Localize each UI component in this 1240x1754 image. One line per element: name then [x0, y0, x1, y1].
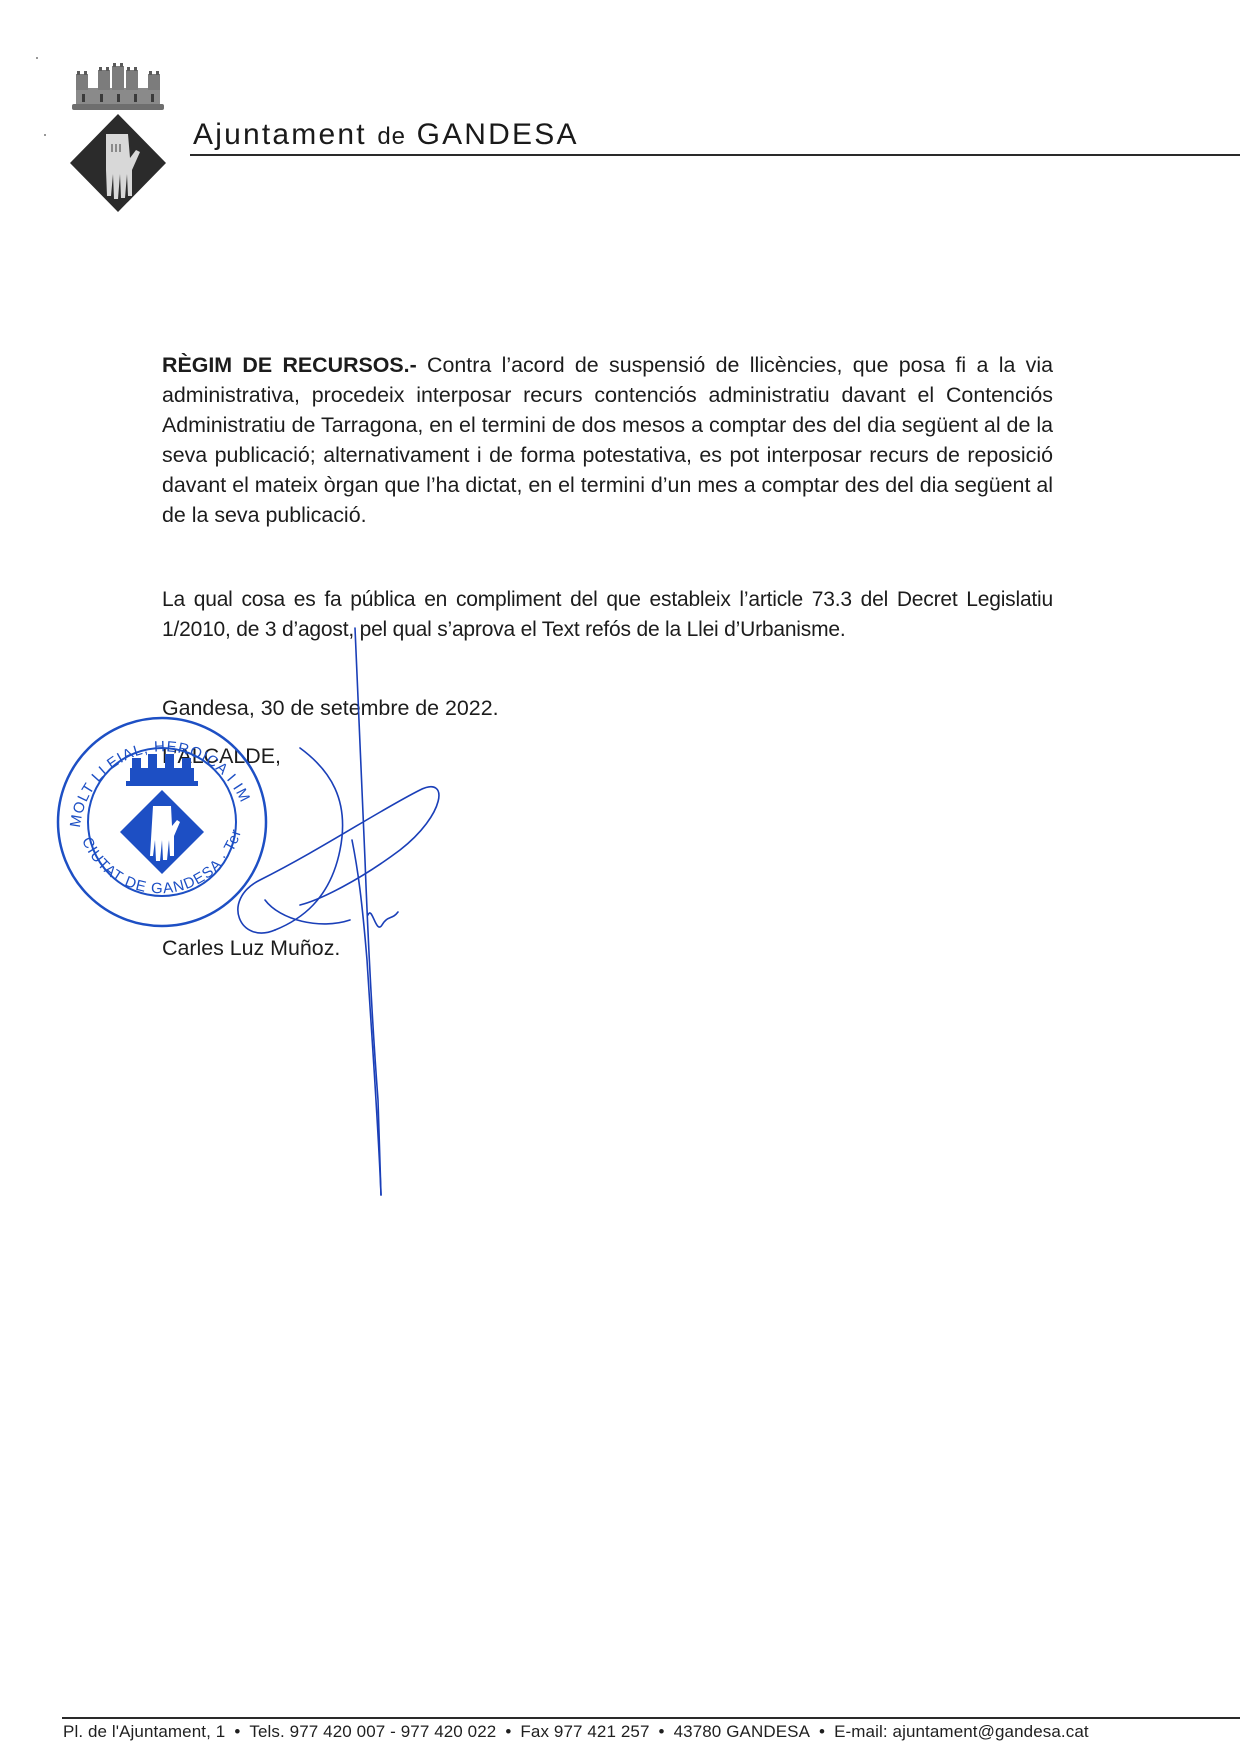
- paragraph-recursos: RÈGIM DE RECURSOS.- Contra l’acord de su…: [162, 350, 1053, 530]
- footer-address: Pl. de l'Ajuntament, 1: [63, 1722, 225, 1741]
- signatory-name: Carles Luz Muñoz.: [162, 936, 340, 961]
- footer-rule: [62, 1717, 1240, 1719]
- footer-contact: Pl. de l'Ajuntament, 1•Tels. 977 420 007…: [63, 1722, 1089, 1742]
- scan-speck: [36, 57, 38, 59]
- header-title-city: GANDESA: [417, 118, 579, 151]
- header-title-de: de: [377, 123, 406, 150]
- paragraph-heading: RÈGIM DE RECURSOS.-: [162, 353, 417, 377]
- footer-fax: Fax 977 421 257: [520, 1722, 649, 1741]
- document-page: Ajuntament de GANDESA RÈGIM DE RECURSOS.…: [0, 0, 1240, 1754]
- footer-separator: •: [505, 1722, 511, 1741]
- footer-postal: 43780 GANDESA: [674, 1722, 810, 1741]
- footer-phones: Tels. 977 420 007 - 977 420 022: [249, 1722, 496, 1741]
- footer-separator: •: [659, 1722, 665, 1741]
- official-seal-icon: MOLT LLEIAL, HEROICA I IMMORTAL CIUTAT D…: [52, 710, 272, 930]
- footer-email[interactable]: E-mail: ajuntament@gandesa.cat: [834, 1722, 1089, 1741]
- header-title: Ajuntament de GANDESA: [193, 118, 579, 152]
- scan-speck: [44, 134, 46, 136]
- paragraph-text: Contra l’acord de suspensió de llicèncie…: [162, 353, 1053, 527]
- header-title-main: Ajuntament: [193, 118, 367, 151]
- header-rule: [190, 154, 1240, 156]
- coat-of-arms-icon: [62, 62, 174, 212]
- footer-separator: •: [234, 1722, 240, 1741]
- paragraph-publication: La qual cosa es fa pública en compliment…: [162, 585, 1053, 645]
- footer-separator: •: [819, 1722, 825, 1741]
